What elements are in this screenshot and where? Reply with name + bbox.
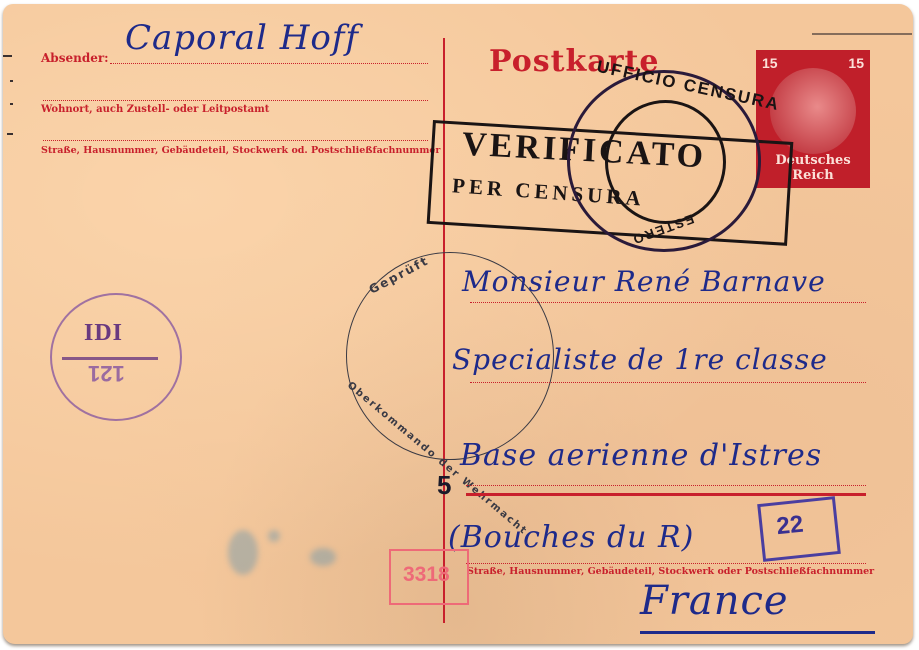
- box-22-text: 22: [775, 511, 804, 542]
- box-3318-text: 3318: [403, 563, 450, 587]
- strasse-line: [43, 140, 428, 141]
- stamp-value-left: 15: [762, 55, 778, 71]
- ink-smudge: [268, 530, 280, 542]
- ink-smudge: [310, 548, 336, 566]
- ink-smudge: [228, 530, 258, 575]
- address-line-4: [466, 563, 866, 564]
- stamp-value-right: 15: [848, 55, 864, 71]
- ufficio-censura-inner-ring: [605, 100, 726, 224]
- address-name: Monsieur René Barnave: [462, 265, 826, 298]
- address-line-2: [470, 382, 866, 383]
- edge-mark: [7, 133, 13, 135]
- address-line-3: [466, 485, 866, 486]
- address-strasse-label: Straße, Hausnummer, Gebäudeteil, Stockwe…: [467, 566, 874, 577]
- address-line-1: [470, 302, 866, 303]
- address-country: France: [640, 578, 789, 624]
- country-underline: [640, 631, 875, 634]
- edge-mark: [10, 80, 13, 82]
- stain-line: [812, 33, 912, 35]
- edge-mark: [10, 103, 13, 105]
- edge-mark: [3, 55, 12, 57]
- absender-line: [110, 63, 428, 64]
- address-department: (Bouches du R): [448, 520, 694, 555]
- box-3318-stamp: 3318: [389, 549, 469, 605]
- wohnort-label: Wohnort, auch Zustell- oder Leitpostamt: [41, 104, 269, 115]
- box-22-stamp: 22: [757, 496, 841, 562]
- wohnort-line: [43, 100, 428, 101]
- address-rank: Specialiste de 1re classe: [452, 343, 828, 376]
- strasse-label: Straße, Hausnummer, Gebäudeteil, Stockwe…: [41, 145, 440, 156]
- address-base: Base aerienne d'Istres: [460, 438, 822, 473]
- address-prefix-5: 5: [437, 470, 451, 501]
- address-underline-thick: [466, 493, 866, 496]
- absender-label: Absender:: [41, 51, 109, 65]
- absender-value: Caporal Hoff: [125, 18, 359, 58]
- purple-stamp-bottom: 121: [88, 360, 125, 386]
- purple-stamp-top: IDI: [84, 320, 123, 347]
